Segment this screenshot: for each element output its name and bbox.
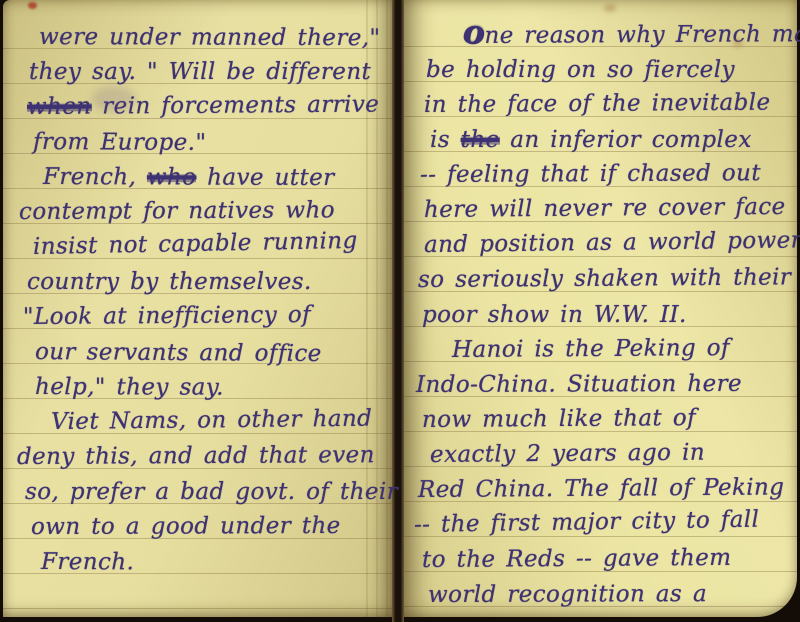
handwriting-line: insist not capable running <box>33 223 387 265</box>
handwriting-line: here will never re cover face <box>424 190 793 228</box>
handwriting-line: so seriously shaken with their <box>418 260 793 298</box>
handwriting-line: help," they say. <box>35 370 386 406</box>
handwriting-text: were under manned there," <box>39 24 381 51</box>
handwriting-line: Viet Nams, on other hand <box>51 401 386 440</box>
notebook-page-right: One reason why French maybe holding on s… <box>404 0 797 617</box>
handwriting-text: own to a good under the <box>31 513 341 540</box>
handwriting-line: they say. " Will be different <box>29 55 386 90</box>
handwriting-text: they say. " Will be different <box>29 59 371 85</box>
handwriting-text: so, prefer a bad govt. of their <box>25 479 398 505</box>
handwriting-line: were under manned there," <box>39 20 386 56</box>
handwriting-line: French. <box>41 545 386 581</box>
handwriting-text: our servants and office <box>35 339 322 367</box>
handwriting-text: deny this, and add that even <box>17 442 375 470</box>
handwriting-text: insist not capable running <box>33 228 358 260</box>
handwriting-text: contempt for natives who <box>19 197 335 225</box>
handwriting-line: -- feeling that if chased out <box>420 156 793 193</box>
handwriting-line: when rein forcements arrive <box>27 87 386 125</box>
handwriting-text: O <box>464 22 485 49</box>
handwriting-text: help," they say. <box>35 374 224 401</box>
notebook-page-left: were under manned there,"they say. " Wil… <box>3 0 392 617</box>
handwriting-text: Hanoi is the Peking of <box>452 335 730 363</box>
handwriting-line: and position as a world power <box>424 223 793 263</box>
handwriting-text: rein forcements arrive <box>91 92 379 120</box>
handwriting-line: poor show in W.W. II. <box>422 298 793 333</box>
handwriting-text: from Europe." <box>33 129 206 156</box>
handwriting-line: our servants and office <box>35 335 386 372</box>
handwriting-line: One reason why French may <box>464 16 793 53</box>
handwriting-text: -- feeling that if chased out <box>420 160 761 188</box>
handwriting-text: so seriously shaken with their <box>418 264 791 293</box>
crossed-out-word: the <box>461 127 500 153</box>
handwriting-text: here will never re cover face <box>424 194 786 223</box>
handwriting-text: world recognition as a <box>428 581 707 608</box>
handwriting-text: to the Reds -- gave them <box>422 545 732 573</box>
handwriting-line: so, prefer a bad govt. of their <box>25 475 386 510</box>
handwriting-line: Indo-China. Situation here <box>416 367 793 403</box>
handwriting-line: now much like that of <box>422 400 793 438</box>
handwriting-line: own to a good under the <box>31 509 386 545</box>
handwriting-text: "Look at inefficiency of <box>23 302 311 330</box>
handwriting-line: "Look at inefficiency of <box>23 297 386 335</box>
handwriting-line: -- the first major city to fall <box>414 502 794 543</box>
handwriting-text: Red China. The fall of Peking <box>418 474 785 503</box>
handwriting-text: be holding on so fiercely <box>426 57 735 83</box>
handwriting-text: -- the first major city to fall <box>414 507 760 538</box>
handwriting-text: an inferior complex <box>500 127 752 153</box>
crossed-out-word: who <box>147 164 197 190</box>
handwriting-text: and position as a world power <box>424 227 800 258</box>
handwriting-text: in the face of the inevitable <box>424 90 771 118</box>
handwriting-text: is <box>430 127 461 153</box>
handwriting-text: ne reason why French may <box>484 21 800 49</box>
handwriting-line: to the Reds -- gave them <box>422 540 793 578</box>
handwriting-text: French. <box>41 549 134 575</box>
handwriting-line: Hanoi is the Peking of <box>452 331 793 368</box>
handwriting-line: be holding on so fiercely <box>426 53 793 88</box>
handwriting-line: French, who have utter <box>43 160 386 196</box>
handwriting-line: from Europe." <box>33 125 386 162</box>
handwriting-line: world recognition as a <box>428 577 793 613</box>
handwriting-line: in the face of the inevitable <box>424 85 793 123</box>
handwriting-text: French, <box>43 164 147 190</box>
handwriting-line: exactly 2 years ago in <box>430 435 793 473</box>
handwriting-line: is the an inferior complex <box>430 123 793 158</box>
handwriting-line: deny this, and add that even <box>17 438 386 475</box>
binding-gutter <box>392 0 404 622</box>
handwriting-line: country by themselves. <box>27 265 386 300</box>
notebook-spread: were under manned there,"they say. " Wil… <box>0 0 800 622</box>
handwriting-text: poor show in W.W. II. <box>422 302 687 328</box>
handwriting-text: exactly 2 years ago in <box>430 440 705 468</box>
handwriting-text: Viet Nams, on other hand <box>51 406 373 435</box>
handwriting-text: country by themselves. <box>27 269 312 295</box>
handwriting-text: have utter <box>196 165 334 191</box>
handwriting-text: now much like that of <box>422 405 696 433</box>
crossed-out-word: when <box>27 94 92 120</box>
handwriting-text: Indo-China. Situation here <box>416 371 742 398</box>
